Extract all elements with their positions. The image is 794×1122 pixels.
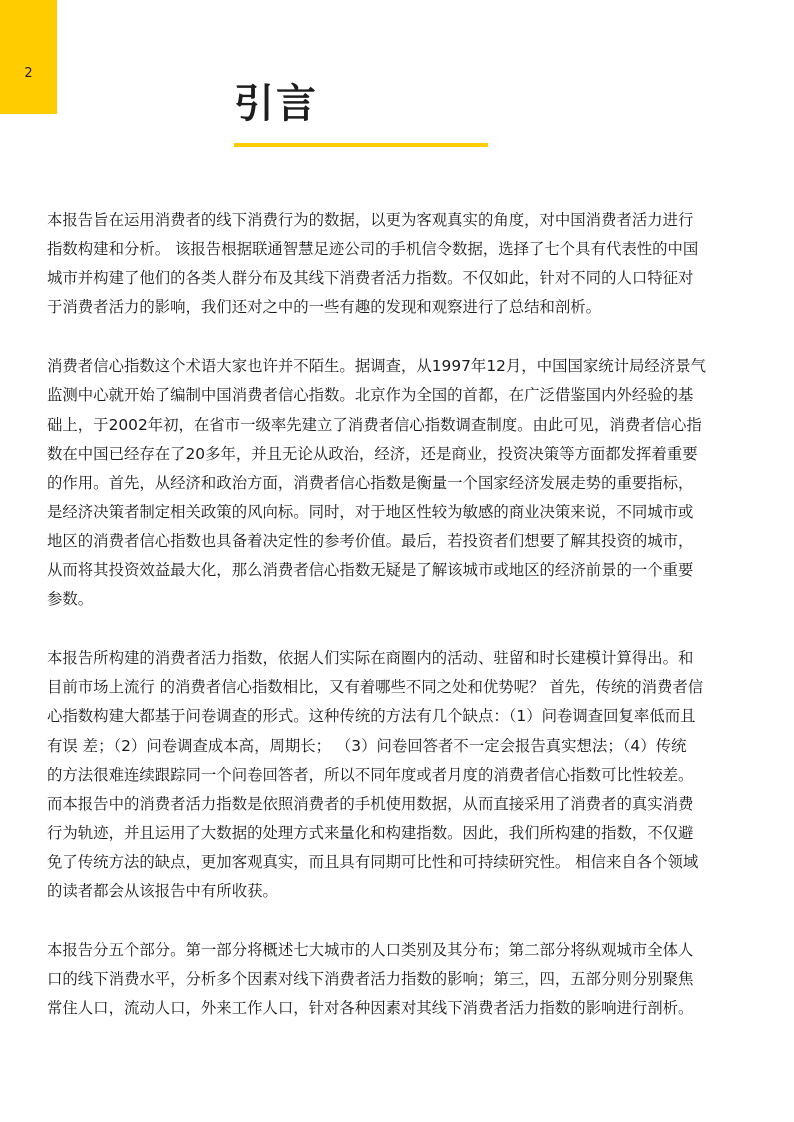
text-line: 地区的消费者信心指数也具备着决定性的参考价值。最后，若投资者们想要了解其投资的城…: [47, 527, 747, 556]
paragraph-consumer-confidence-index: 消费者信心指数这个术语大家也许并不陌生。据调查，从1997年12月，中国国家统计…: [47, 352, 747, 614]
paragraph-report-structure: 本报告分五个部分。第一部分将概述七大城市的人口类别及其分布；第二部分将纵观城市全…: [47, 936, 747, 1023]
text-line: 本报告旨在运用消费者的线下消费行为的数据，以更为客观真实的角度，对中国消费者活力…: [47, 206, 747, 235]
text-line: 而本报告中的消费者活力指数是依照消费者的手机使用数据，从而直接采用了消费者的真实…: [47, 790, 747, 819]
text-line: 本报告所构建的消费者活力指数，依据人们实际在商圈内的活动、驻留和时长建模计算得出…: [47, 644, 747, 673]
title-underline-divider: [234, 143, 488, 147]
page-number-tab: 2: [0, 0, 57, 114]
page-title: 引言: [234, 78, 318, 130]
paragraph-vitality-index-advantages: 本报告所构建的消费者活力指数，依据人们实际在商圈内的活动、驻留和时长建模计算得出…: [47, 644, 747, 906]
text-line: 从而将其投资效益最大化，那么消费者信心指数无疑是了解该城市或地区的经济前景的一个…: [47, 556, 747, 585]
text-line: 础上，于2002年初，在省市一级率先建立了消费者信心指数调查制度。由此可见，消费…: [47, 411, 747, 440]
text-line: 的读者都会从该报告中有所收获。: [47, 877, 747, 906]
text-line: 口的线下消费水平，分析多个因素对线下消费者活力指数的影响；第三，四，五部分则分别…: [47, 965, 747, 994]
paragraph-intro-purpose: 本报告旨在运用消费者的线下消费行为的数据，以更为客观真实的角度，对中国消费者活力…: [47, 206, 747, 322]
text-line: 参数。: [47, 585, 747, 614]
text-line: 城市并构建了他们的各类人群分布及其线下消费者活力指数。不仅如此，针对不同的人口特…: [47, 264, 747, 293]
page-number: 2: [0, 66, 57, 81]
text-line: 监测中心就开始了编制中国消费者信心指数。北京作为全国的首都，在广泛借鉴国内外经验…: [47, 381, 747, 410]
text-line: 指数构建和分析。 该报告根据联通智慧足迹公司的手机信令数据，选择了七个具有代表性…: [47, 235, 747, 264]
text-line: 的方法很难连续跟踪同一个问卷回答者，所以不同年度或者月度的消费者信心指数可比性较…: [47, 761, 747, 790]
text-line: 心指数构建大都基于问卷调查的形式。这种传统的方法有几个缺点：（1）问卷调查回复率…: [47, 702, 747, 731]
body-text: 本报告旨在运用消费者的线下消费行为的数据，以更为客观真实的角度，对中国消费者活力…: [47, 206, 747, 1053]
text-line: 数在中国已经存在了20多年，并且无论从政治，经济，还是商业，投资决策等方面都发挥…: [47, 440, 747, 469]
text-line: 的作用。首先，从经济和政治方面，消费者信心指数是衡量一个国家经济发展走势的重要指…: [47, 469, 747, 498]
text-line: 本报告分五个部分。第一部分将概述七大城市的人口类别及其分布；第二部分将纵观城市全…: [47, 936, 747, 965]
text-line: 于消费者活力的影响，我们还对之中的一些有趣的发现和观察进行了总结和剖析。: [47, 293, 747, 322]
text-line: 常住人口，流动人口，外来工作人口，针对各种因素对其线下消费者活力指数的影响进行剖…: [47, 994, 747, 1023]
text-line: 行为轨迹，并且运用了大数据的处理方式来量化和构建指数。因此，我们所构建的指数，不…: [47, 819, 747, 848]
text-line: 目前市场上流行 的消费者信心指数相比，又有着哪些不同之处和优势呢？ 首先，传统的…: [47, 673, 747, 702]
text-line: 免了传统方法的缺点，更加客观真实，而且具有同期可比性和可持续研究性。 相信来自各…: [47, 848, 747, 877]
text-line: 消费者信心指数这个术语大家也许并不陌生。据调查，从1997年12月，中国国家统计…: [47, 352, 747, 381]
text-line: 有误 差；（2）问卷调查成本高，周期长； （3）问卷回答者不一定会报告真实想法；…: [47, 732, 747, 761]
text-line: 是经济决策者制定相关政策的风向标。同时，对于地区性较为敏感的商业决策来说，不同城…: [47, 498, 747, 527]
